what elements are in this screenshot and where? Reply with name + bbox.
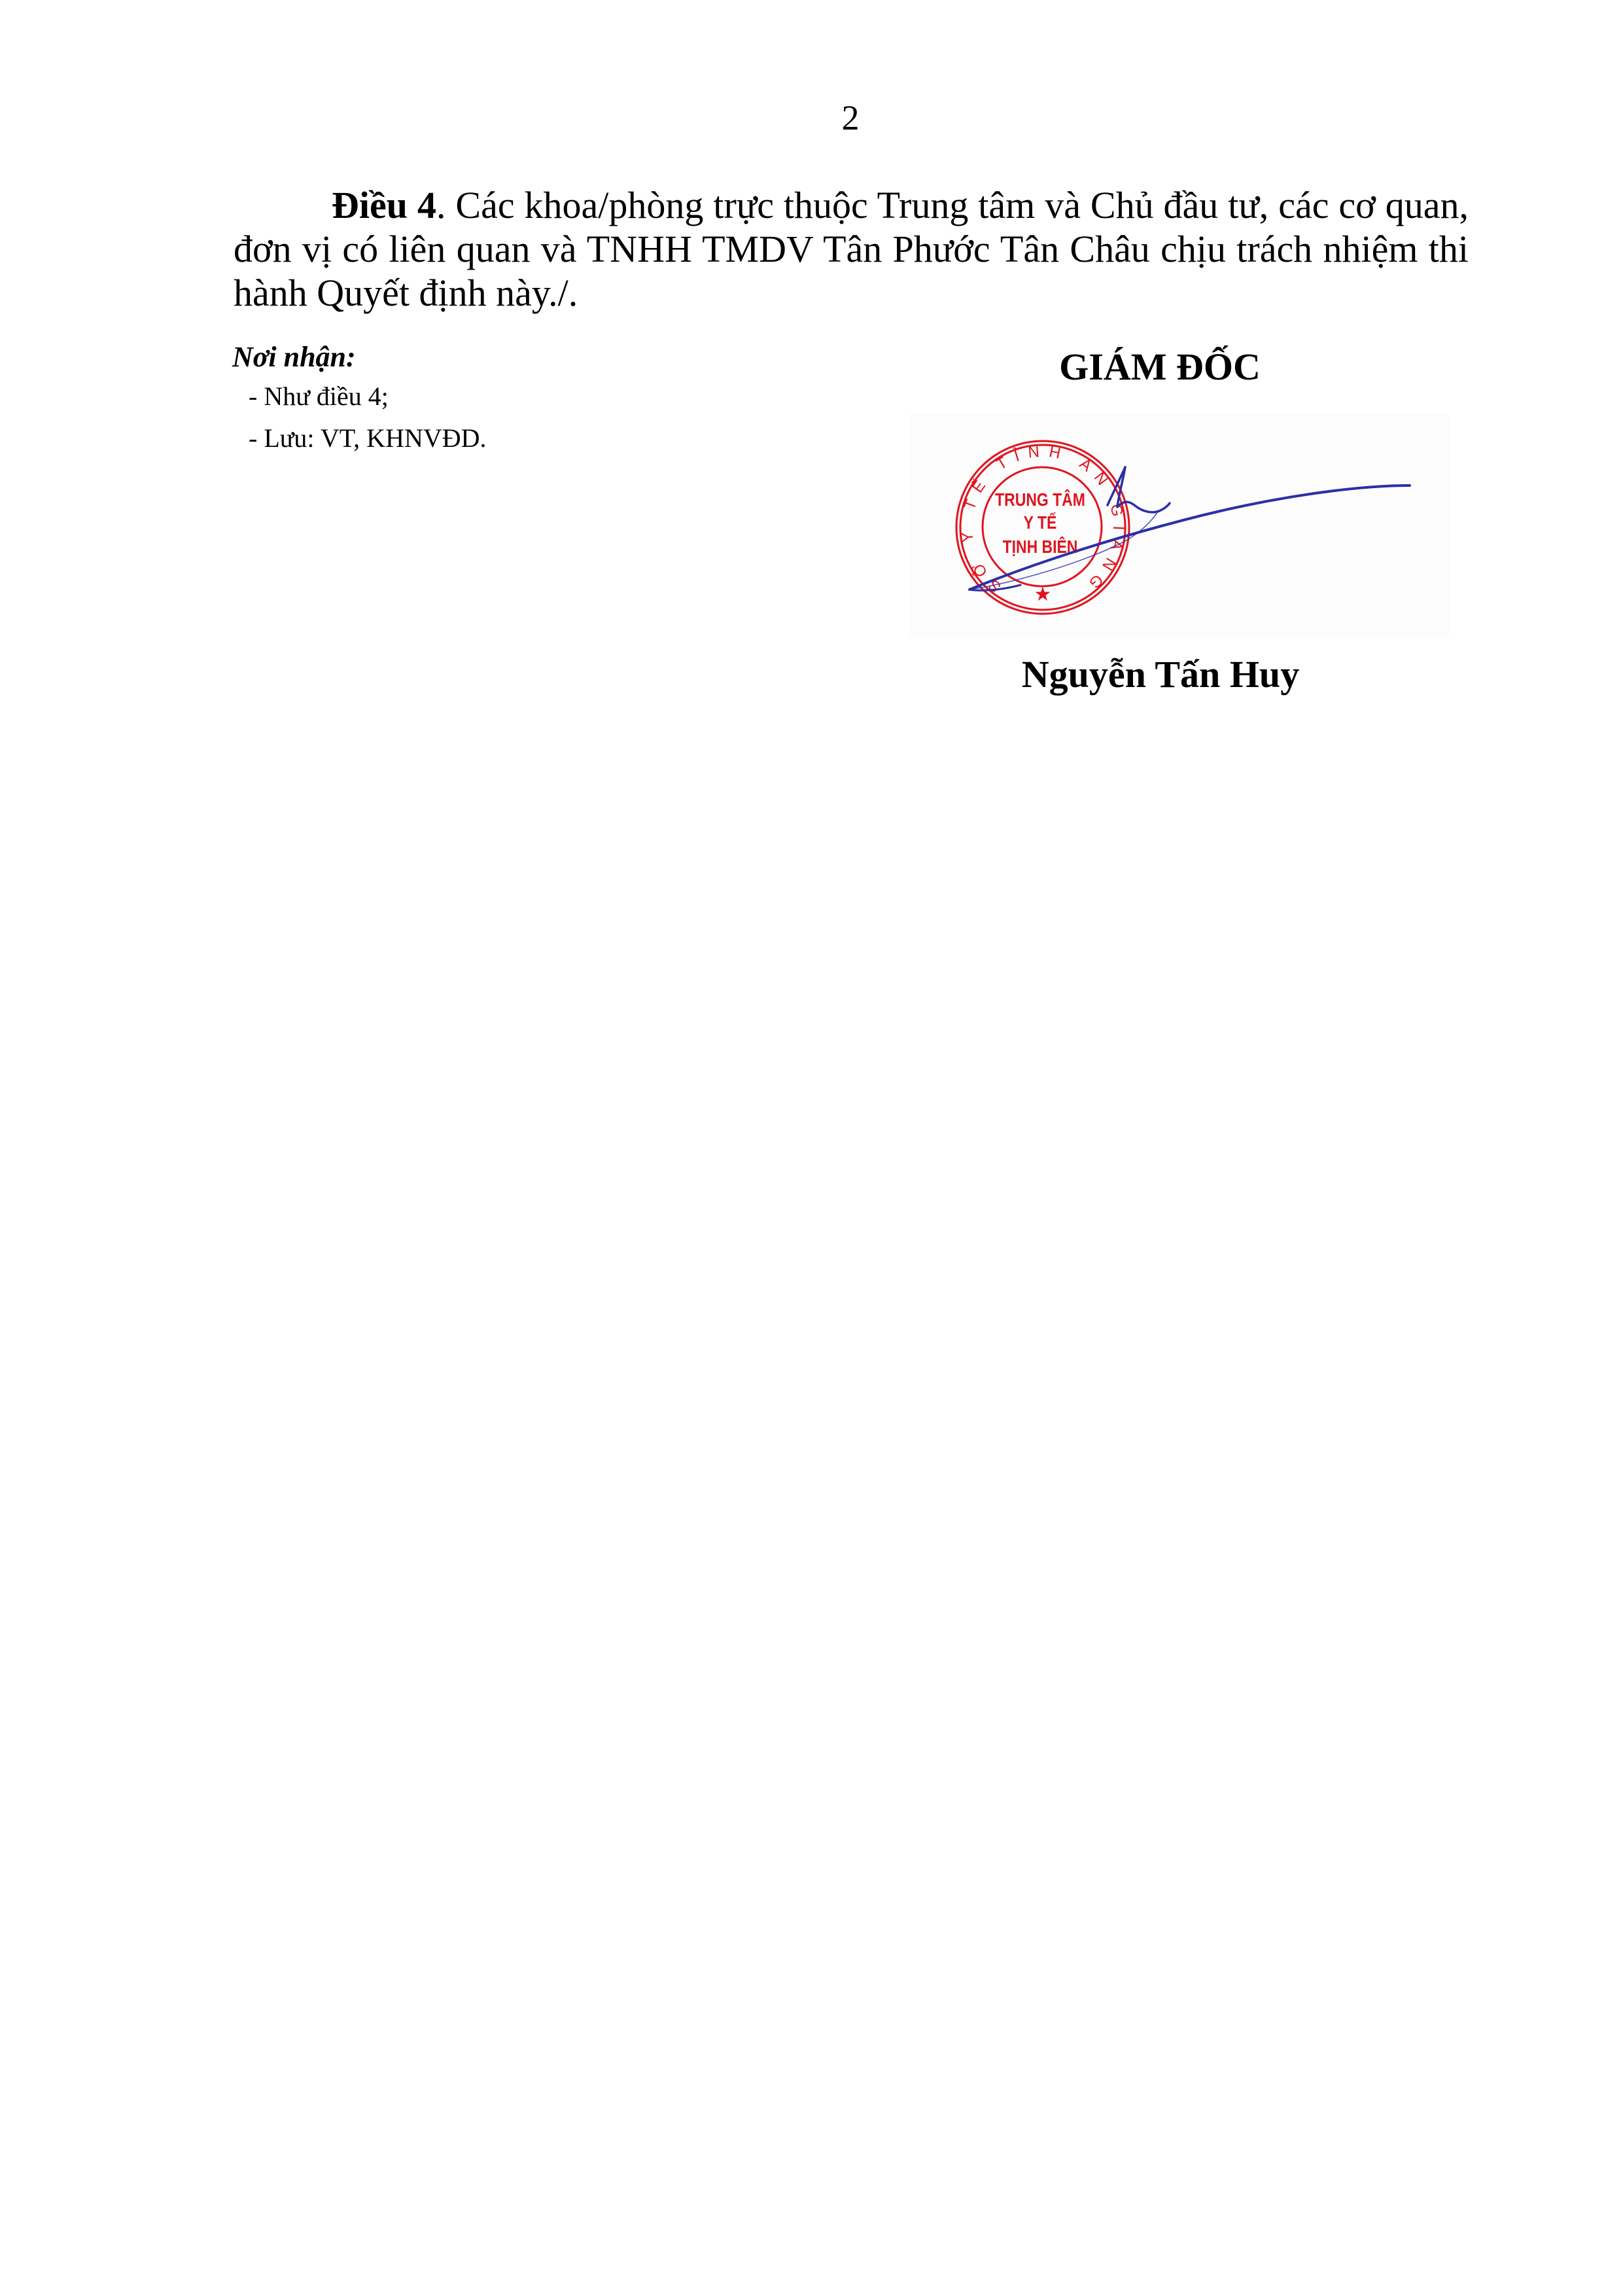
svg-text:★: ★ bbox=[1034, 583, 1052, 606]
signer-name: Nguyễn Tấn Huy bbox=[964, 652, 1357, 698]
recipients-title: Nơi nhận: bbox=[232, 339, 821, 376]
official-seal-icon: SỞ Y TẾ TỈNH AN GIANG ★ TRUNG TÂM Y TẾ T… bbox=[909, 414, 1449, 637]
recipient-item: - Như điều 4; bbox=[232, 376, 821, 417]
article-label: Điều 4 bbox=[332, 184, 436, 226]
article-4-paragraph: Điều 4. Các khoa/phòng trực thuộc Trung … bbox=[234, 183, 1469, 315]
signer-title: GIÁM ĐỐC bbox=[1029, 344, 1291, 390]
svg-text:Y TẾ: Y TẾ bbox=[1024, 512, 1057, 533]
recipients-block: Nơi nhận: - Như điều 4; - Lưu: VT, KHNVĐ… bbox=[232, 339, 821, 459]
signature-stamp-image: SỞ Y TẾ TỈNH AN GIANG ★ TRUNG TÂM Y TẾ T… bbox=[909, 414, 1449, 637]
recipients-list: - Như điều 4; - Lưu: VT, KHNVĐD. bbox=[232, 376, 821, 459]
page-number: 2 bbox=[785, 97, 916, 139]
svg-text:TRUNG TÂM: TRUNG TÂM bbox=[995, 489, 1085, 510]
recipient-item: - Lưu: VT, KHNVĐD. bbox=[232, 417, 821, 459]
